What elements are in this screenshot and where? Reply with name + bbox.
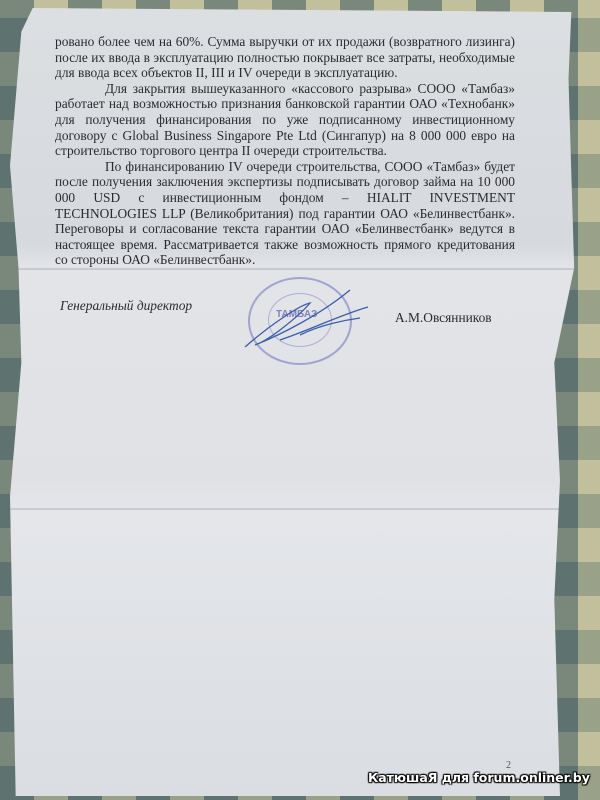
paper-fold-line [10,268,577,270]
forum-watermark: КатюшаЯ для forum.onliner.by [368,770,590,785]
paragraph-cash-gap: Для закрытия вышеуказанного «кассового р… [55,81,515,159]
signatory-name: А.М.Овсянников [395,310,492,326]
handwritten-signature [240,285,370,355]
paragraph-stage-iv-financing: По финансированию IV очереди строительст… [55,159,515,268]
signatory-title: Генеральный директор [60,298,192,314]
document-body: ровано более чем на 60%. Сумма выручки о… [55,34,515,268]
paper-fold-line [10,508,577,510]
paragraph-continuation: ровано более чем на 60%. Сумма выручки о… [55,34,515,81]
